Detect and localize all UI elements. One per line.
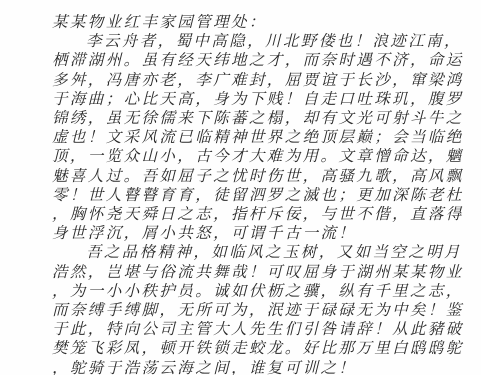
letter-line: 虚也！文采风流已临精神世界之绝顶层巅；会当临绝 <box>52 127 464 147</box>
letter-line: ，为一小小秩护员。诚如伏枥之骥，纵有千里之志， <box>52 281 464 301</box>
letter-line: 锦绣，虽无徐儒来下陈蕃之榻，却有文光可射斗牛之 <box>52 108 464 128</box>
letter-line: 吾之品格精神，如临风之玉树，又如当空之明月 <box>86 242 462 262</box>
letter-line: 而奈缚手缚脚，无所可为，泯迹于碌碌无为中矣！鉴 <box>52 300 464 320</box>
letter-line: ，胸怀尧天舜日之志，指杆斥佞，与世不偕，直落得 <box>52 204 464 224</box>
letter-line: 于此，特向公司主管大人先生们引咎请辞！从此豬破 <box>52 319 464 339</box>
letter-line: 多舛，冯唐亦老，李广难封，屈贾谊于长沙，窜梁鸿 <box>52 70 464 90</box>
letter-line: 顶，一览众山小，古今才大难为用。文章憎命达，魑 <box>52 146 464 166</box>
letter-line: 栖滞湖州。虽有经天纬地之才，而奈时遇不济，命运 <box>52 50 464 70</box>
letter-salutation: 某某物业红丰家园管理处： <box>52 12 267 32</box>
letter-line: 身世浮沉，屑小共怒，可谓千古一流！ <box>52 223 356 243</box>
letter-line: 浩然，岂堪与俗流共舞哉！可叹屈身于湖州某某物业 <box>52 262 464 282</box>
letter-line: 于海曲；心比天高，身为下贱！自走口吐珠玑，腹罗 <box>52 89 464 109</box>
letter-line: 樊笼飞彩凤，顿开铁锁走蛟龙。好比那万里白鸱鸱鸵 <box>52 338 464 358</box>
letter-page: 某某物业红丰家园管理处： 李云舟者，蜀中高隐，川北野偻也！浪迹江南， 栖滞湖州。… <box>0 0 481 375</box>
letter-line: 零！世人瞽瞽育育，徒留泗罗之滅也；更加深陈老杜 <box>52 185 464 205</box>
letter-line: 魅喜人过。吾如屈子之忧时伤世，高骚九歌，高风飘 <box>52 166 464 186</box>
letter-line: 李云舟者，蜀中高隐，川北野偻也！浪迹江南， <box>86 31 462 51</box>
letter-line: ，鸵骑于浩荡云海之间，谁复可训之！ <box>52 358 356 375</box>
